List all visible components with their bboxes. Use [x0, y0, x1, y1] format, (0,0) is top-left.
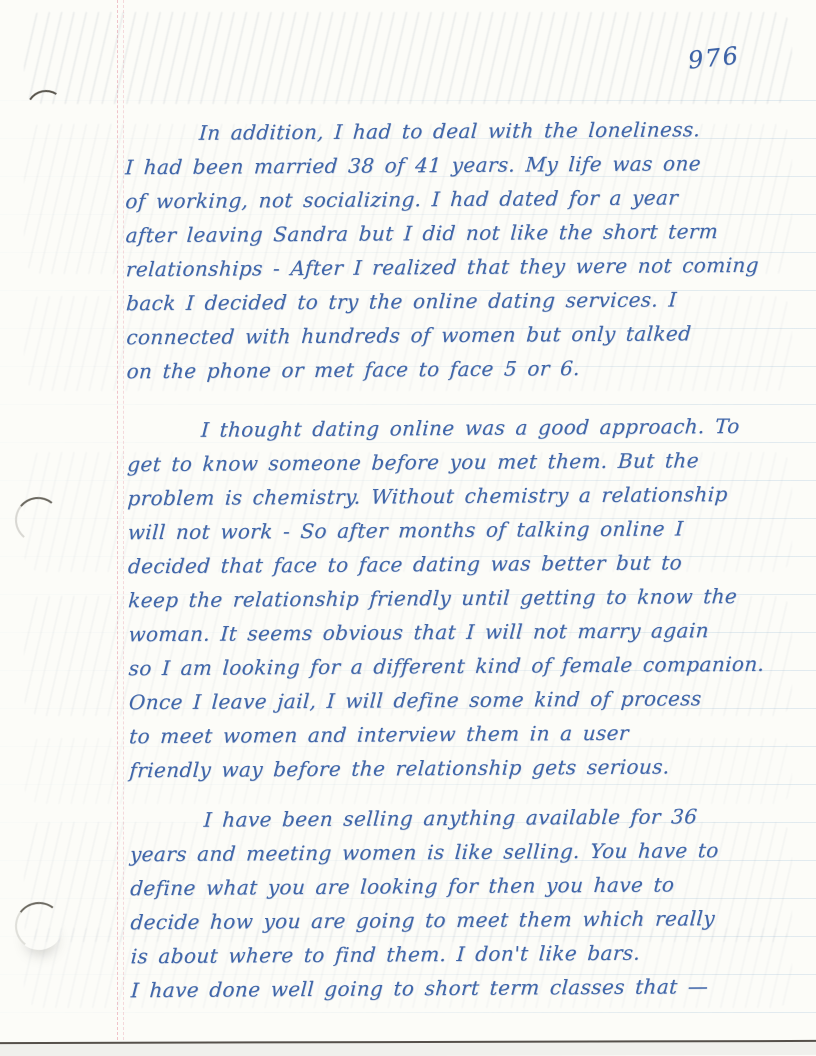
handwritten-line: after leaving Sandra but I did not like … [125, 214, 777, 253]
handwritten-line: so I am looking for a different kind of … [128, 647, 780, 686]
page-number: 976 [687, 41, 741, 74]
handwritten-line: I have been selling anything available f… [129, 799, 781, 838]
paragraph: I have been selling anything available f… [130, 799, 781, 1008]
handwritten-line: of working, not socializing. I had dated… [124, 180, 776, 219]
handwritten-line: get to know someone before you met them.… [126, 443, 778, 482]
handwritten-line: keep the relationship friendly until get… [127, 579, 779, 618]
handwritten-line: define what you are looking for then you… [129, 867, 781, 906]
scan-bottom-edge [0, 1040, 816, 1056]
handwritten-line: I thought dating online was a good appro… [126, 409, 778, 448]
handwritten-line: to meet women and interview them in a us… [128, 715, 780, 754]
handwritten-line: is about where to find them. I don't lik… [130, 935, 782, 974]
handwritten-line: will not work - So after months of talki… [127, 511, 779, 550]
handwritten-line: on the phone or met face to face 5 or 6. [126, 350, 778, 389]
handwritten-line: I had been married 38 of 41 years. My li… [124, 146, 776, 185]
handwritten-line: decided that face to face dating was bet… [127, 545, 779, 584]
handwritten-line: friendly way before the relationship get… [128, 749, 780, 788]
handwritten-line: relationships - After I realized that th… [125, 248, 777, 287]
handwritten-line: I have done well going to short term cla… [130, 969, 782, 1008]
paragraph: In addition, I had to deal with the lone… [125, 112, 777, 389]
ink-bleedthrough-band [24, 12, 792, 104]
handwritten-line: decide how you are going to meet them wh… [129, 901, 781, 940]
handwritten-line: woman. It seems obvious that I will not … [127, 613, 779, 652]
handwritten-line: back I decided to try the online dating … [125, 282, 777, 321]
scanned-letter-page: 976 In addition, I had to deal with the … [0, 0, 816, 1056]
handwritten-line: connected with hundreds of women but onl… [125, 316, 777, 355]
handwritten-line: years and meeting women is like selling.… [129, 833, 781, 872]
handwritten-line: Once I leave jail, I will define some ki… [128, 681, 780, 720]
handwritten-line: problem is chemistry. Without chemistry … [126, 477, 778, 516]
margin-line [117, 0, 124, 1040]
paragraph: I thought dating online was a good appro… [127, 409, 780, 788]
handwritten-line: In addition, I had to deal with the lone… [124, 112, 776, 151]
letter-body: In addition, I had to deal with the lone… [125, 112, 781, 1008]
